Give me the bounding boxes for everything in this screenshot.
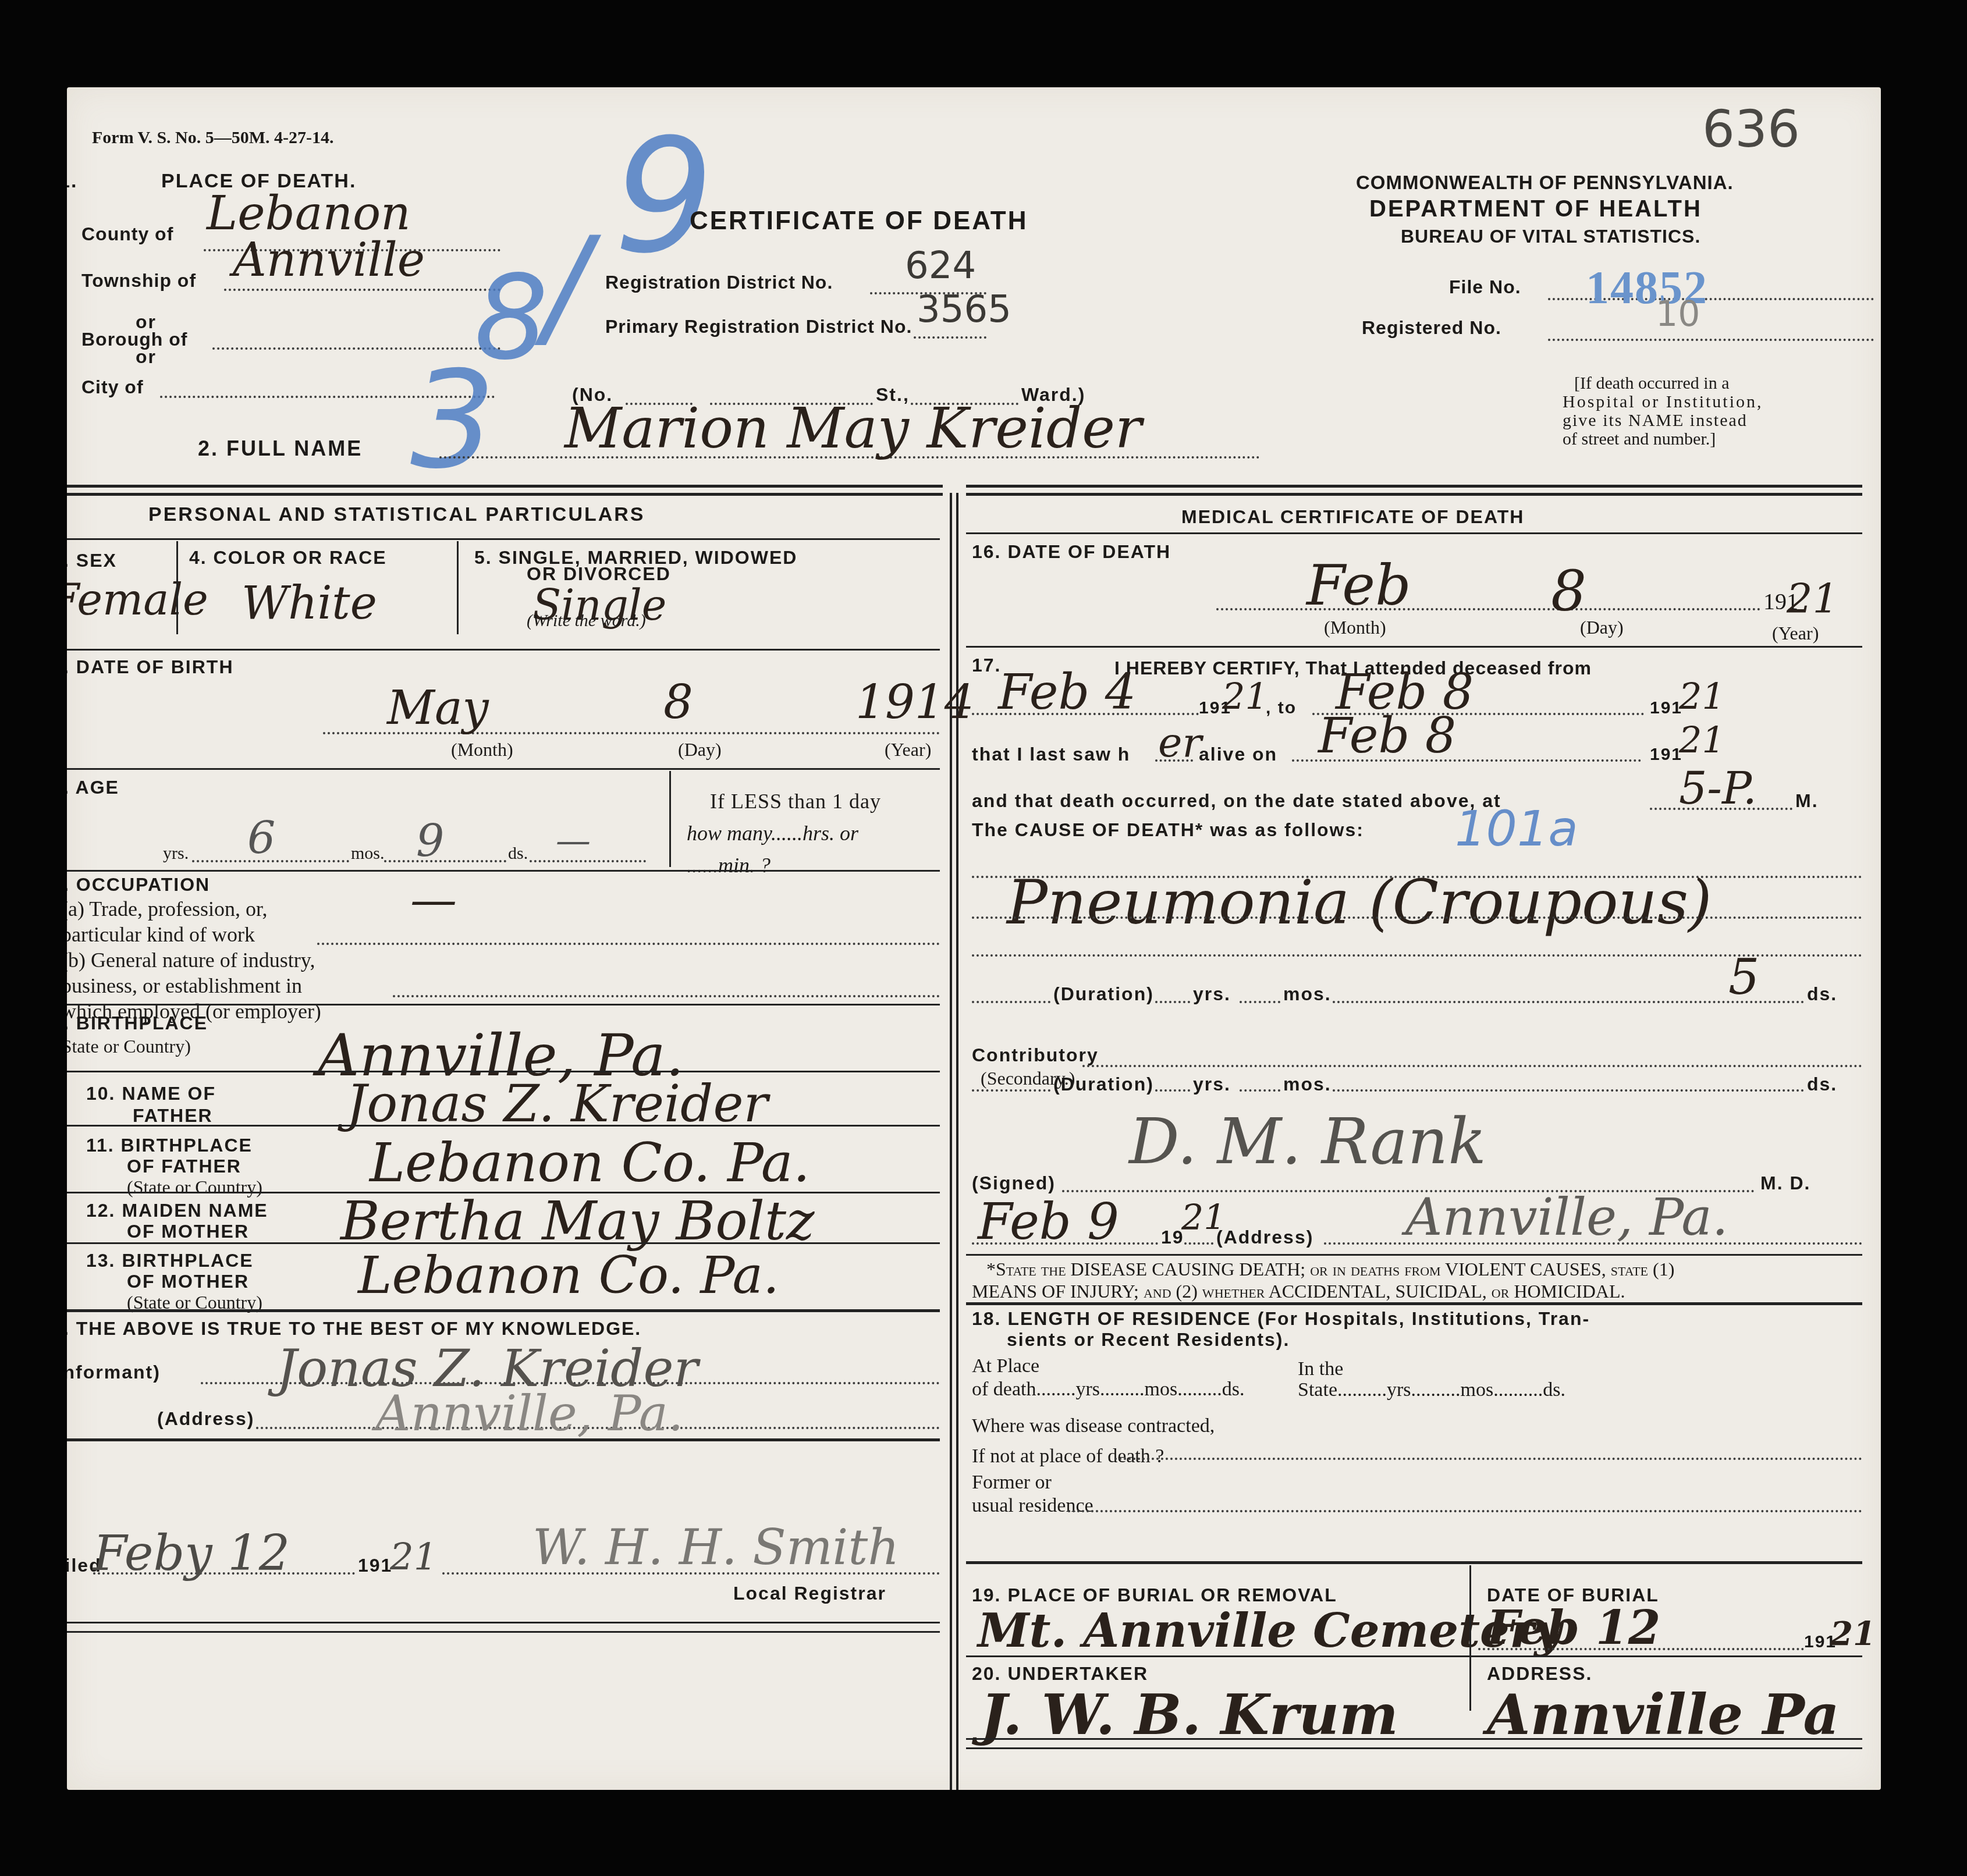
filed-year-value: 21 xyxy=(390,1536,437,1579)
file-number-label: File No. xyxy=(1449,276,1521,298)
duration2-mos-label: mos. xyxy=(1283,1074,1332,1095)
dob-year: 1914 xyxy=(855,675,974,729)
row-divider-5 xyxy=(67,1004,940,1005)
physician-address-label: (Address) xyxy=(1216,1227,1313,1248)
informant-address-label: (Address) xyxy=(157,1408,254,1430)
issuer-commonwealth: COMMONWEALTH OF PENNSYLVANIA. xyxy=(1356,172,1734,194)
cause-label: The CAUSE OF DEATH* was as follows: xyxy=(972,819,1364,841)
right-row-divider-3 xyxy=(966,1254,1862,1256)
occupation-value: — xyxy=(410,873,457,927)
date-of-death-label: 16. DATE OF DEATH xyxy=(972,541,1171,563)
registrar-signature: W. H. H. Smith xyxy=(532,1519,899,1576)
death-time-label: and that death occurred, on the date sta… xyxy=(972,790,1501,812)
medical-heading: MEDICAL CERTIFICATE OF DEATH xyxy=(1181,506,1524,528)
township-value: Annville xyxy=(233,233,425,287)
age-mos-line xyxy=(384,860,506,862)
primary-registration-label: Primary Registration District No. xyxy=(605,316,912,337)
age-years: 6 xyxy=(247,812,275,864)
right-row-divider-8 xyxy=(966,1747,1862,1749)
registered-number-line xyxy=(1548,339,1874,341)
last-saw-pronoun: er xyxy=(1158,719,1202,766)
place-of-death-section-number: 1. xyxy=(67,170,77,193)
header-divider-right-2 xyxy=(966,493,1862,496)
sex-race-divider xyxy=(176,541,178,634)
informant-address-value: Annville, Pa. xyxy=(375,1385,684,1442)
death-time-suffix: M. xyxy=(1795,790,1819,812)
father-birthplace-label: 11. BIRTHPLACE OF FATHER (State or Count… xyxy=(86,1135,262,1198)
duration-yrs-label: yrs. xyxy=(1193,983,1231,1005)
attended-to-year: 21 xyxy=(1679,675,1725,717)
duration2-yrs-line xyxy=(1155,1089,1190,1092)
race-marital-divider xyxy=(457,541,459,634)
race-label: 4. COLOR OR RACE xyxy=(189,547,387,569)
death-time-value: 5-P. xyxy=(1679,762,1757,814)
alive-on-label: alive on xyxy=(1199,744,1277,765)
attended-to-year-prefix: 191 xyxy=(1650,698,1682,718)
or-text-2: or xyxy=(136,346,157,368)
md-label: M. D. xyxy=(1760,1172,1810,1194)
issuer-department: DEPARTMENT OF HEALTH xyxy=(1369,196,1702,222)
residence-former-line xyxy=(1068,1510,1862,1512)
age-mos-caption: mos. xyxy=(351,844,385,864)
sex-label: . SEX xyxy=(67,550,117,571)
filed-year-prefix: 191 xyxy=(358,1555,392,1576)
mother-label: 12. MAIDEN NAME OF MOTHER xyxy=(86,1200,268,1242)
physician-signature: D. M. Rank xyxy=(1129,1106,1486,1178)
duration2-ds-label: ds. xyxy=(1807,1074,1837,1095)
attended-from-date: Feb 4 xyxy=(998,663,1136,720)
duration-ds-label: ds. xyxy=(1807,983,1837,1005)
row-divider-3 xyxy=(67,768,940,770)
cause-value: Pneumonia (Croupous) xyxy=(1007,867,1712,938)
row-divider-13 xyxy=(67,1631,940,1633)
age-divider xyxy=(669,771,671,867)
burial-year: 21 xyxy=(1830,1615,1876,1653)
right-row-divider-2 xyxy=(966,646,1862,648)
row-divider-4 xyxy=(67,870,940,872)
age-yrs-line xyxy=(192,860,349,862)
issuer-bureau: BUREAU OF VITAL STATISTICS. xyxy=(1401,226,1700,247)
signed-year-prefix: 19 xyxy=(1161,1227,1184,1248)
blue-annotation-slash: / xyxy=(544,209,590,365)
dob-year-caption: (Year) xyxy=(885,739,931,761)
mother-birthplace-value: Lebanon Co. Pa. xyxy=(358,1245,779,1305)
contributory-line xyxy=(1082,1065,1862,1067)
right-row-divider-1 xyxy=(966,532,1862,534)
burial-divider xyxy=(1469,1565,1471,1711)
duration-mos-label: mos. xyxy=(1283,983,1332,1005)
row-divider-7 xyxy=(67,1125,940,1127)
full-name-value: Marion May Kreider xyxy=(564,396,1142,461)
date-of-death-line xyxy=(1216,608,1760,610)
filed-date-value: Feby 12 xyxy=(93,1525,290,1582)
row-divider-12 xyxy=(67,1622,940,1623)
residence-heading: 18. LENGTH OF RESIDENCE (For Hospitals, … xyxy=(972,1308,1590,1350)
less-than-day-note: If LESS than 1 day how many......hrs. or… xyxy=(687,786,881,882)
duration2-label: (Duration) xyxy=(1053,1074,1154,1095)
last-saw-year-prefix: 191 xyxy=(1650,745,1682,765)
signed-label: (Signed) xyxy=(972,1172,1056,1194)
registered-number-value: 10 xyxy=(1656,294,1700,335)
race-value: White xyxy=(242,577,377,630)
marital-hint: (Write the word.) xyxy=(527,611,646,631)
row-divider-9 xyxy=(67,1242,940,1244)
blue-annotation-9: 9 xyxy=(614,105,714,288)
county-label: County of xyxy=(81,223,173,245)
header-divider-left-2 xyxy=(67,493,943,496)
hospital-note: [If death occurred in a Hospital or Inst… xyxy=(1563,374,1763,449)
date-of-death-year: 21 xyxy=(1787,575,1838,623)
sex-value: Female xyxy=(67,575,208,625)
duration-yrs-line xyxy=(1155,1001,1190,1003)
registered-number-label: Registered No. xyxy=(1362,317,1501,339)
full-name-label: 2. FULL NAME xyxy=(198,436,363,461)
cause-line-2 xyxy=(972,916,1862,919)
residence-contracted-line xyxy=(1114,1458,1862,1460)
duration2-lead-line xyxy=(972,1089,1050,1092)
duration-lead-line xyxy=(972,1001,1050,1003)
right-row-divider-4 xyxy=(966,1302,1862,1305)
burial-date-value: Feb 12 xyxy=(1487,1600,1660,1655)
last-saw-date: Feb 8 xyxy=(1318,707,1456,764)
right-row-divider-7 xyxy=(966,1738,1862,1740)
death-certificate-page: Form V. S. No. 5—50M. 4-27-14. 1. PLACE … xyxy=(67,87,1881,1790)
form-number: Form V. S. No. 5—50M. 4-27-14. xyxy=(92,128,334,148)
duration-mos-line xyxy=(1240,1001,1280,1003)
physician-address-value: Annville, Pa. xyxy=(1405,1187,1728,1247)
signed-date: Feb 9 xyxy=(978,1193,1119,1251)
right-row-divider-5 xyxy=(966,1561,1862,1564)
age-days: — xyxy=(556,820,591,861)
dob-month-caption: (Month) xyxy=(451,739,513,761)
attended-to-label: , to xyxy=(1266,698,1297,718)
blue-annotation-8: 8 xyxy=(474,250,548,386)
last-saw-year: 21 xyxy=(1679,719,1725,761)
occupation-b-line xyxy=(393,995,940,997)
residence-in-state: In the State..........yrs..........mos..… xyxy=(1298,1359,1565,1401)
dob-label: . DATE OF BIRTH xyxy=(67,656,234,678)
age-months: 9 xyxy=(416,815,444,866)
dod-month-caption: (Month) xyxy=(1324,617,1386,638)
informant-heading: . THE ABOVE IS TRUE TO THE BEST OF MY KN… xyxy=(67,1318,641,1340)
age-ds-line xyxy=(530,860,646,862)
cause-code: 101a xyxy=(1455,800,1578,857)
primary-registration-line xyxy=(914,336,986,339)
page-number-pencil: 636 xyxy=(1702,99,1800,159)
attended-from-year: 21 xyxy=(1222,675,1268,717)
dob-month: May xyxy=(387,681,489,735)
age-label: . AGE xyxy=(67,777,119,798)
father-label: 10. NAME OF FATHER xyxy=(86,1082,216,1127)
father-birthplace-value: Lebanon Co. Pa. xyxy=(370,1132,810,1194)
contributory-label: Contributory xyxy=(972,1044,1099,1066)
row-divider-10 xyxy=(67,1309,940,1312)
mother-birthplace-label: 13. BIRTHPLACE OF MOTHER (State or Count… xyxy=(86,1250,262,1313)
informant-label: (Informant) xyxy=(67,1362,161,1383)
residence-contracted: Where was disease contracted, If not at … xyxy=(972,1411,1215,1472)
duration-label: (Duration) xyxy=(1053,983,1154,1005)
row-divider-2 xyxy=(67,649,940,651)
cause-footnote: *State the DISEASE CAUSING DEATH; or in … xyxy=(972,1258,1674,1302)
dod-day-caption: (Day) xyxy=(1580,617,1624,638)
occupation-a-text: (a) Trade, profession, or, particular ki… xyxy=(67,896,268,947)
borough-label: Borough of xyxy=(81,329,187,350)
dob-day-caption: (Day) xyxy=(678,739,722,761)
duration2-yrs-label: yrs. xyxy=(1193,1074,1231,1095)
birthplace-label: . BIRTHPLACE xyxy=(67,1012,208,1034)
birthplace-sub: (State or Country) xyxy=(67,1036,191,1057)
primary-registration-value: 3565 xyxy=(917,288,1011,331)
duration2-mos-line xyxy=(1240,1089,1280,1092)
occupation-label: . OCCUPATION xyxy=(67,874,210,896)
dob-day: 8 xyxy=(663,675,693,729)
row-divider-11 xyxy=(67,1438,940,1441)
duration2-ds-line xyxy=(1333,1089,1804,1092)
right-row-divider-6 xyxy=(966,1655,1862,1657)
age-yrs-caption: yrs. xyxy=(163,844,189,864)
date-of-death-day: 8 xyxy=(1551,559,1586,624)
registrar-caption: Local Registrar xyxy=(733,1583,886,1604)
township-label: Township of xyxy=(81,270,196,292)
burial-place-value: Mt. Annville Cemetery xyxy=(978,1603,1561,1658)
dod-year-caption: (Year) xyxy=(1772,623,1819,644)
header-divider-right-1 xyxy=(966,485,1862,488)
certify-number: 17. xyxy=(972,655,1001,676)
date-of-death-month: Feb xyxy=(1306,553,1411,618)
city-label: City of xyxy=(81,376,144,398)
personal-heading: PERSONAL AND STATISTICAL PARTICULARS xyxy=(148,503,645,526)
occupation-a-line xyxy=(317,943,940,945)
residence-at-place: At Place of death........yrs.........mos… xyxy=(972,1355,1244,1401)
header-divider-left-1 xyxy=(67,485,943,488)
township-field-line xyxy=(224,289,500,291)
registration-district-label: Registration District No. xyxy=(605,272,833,293)
age-ds-caption: ds. xyxy=(508,844,528,864)
last-saw-label: that I last saw h xyxy=(972,744,1130,765)
duration-ds-value: 5 xyxy=(1728,948,1759,1005)
signed-year-line xyxy=(1184,1242,1213,1245)
row-divider-1 xyxy=(67,538,940,540)
registration-district-value: 624 xyxy=(905,244,976,287)
row-divider-6 xyxy=(67,1071,940,1072)
certificate-title: CERTIFICATE OF DEATH xyxy=(690,207,1028,236)
